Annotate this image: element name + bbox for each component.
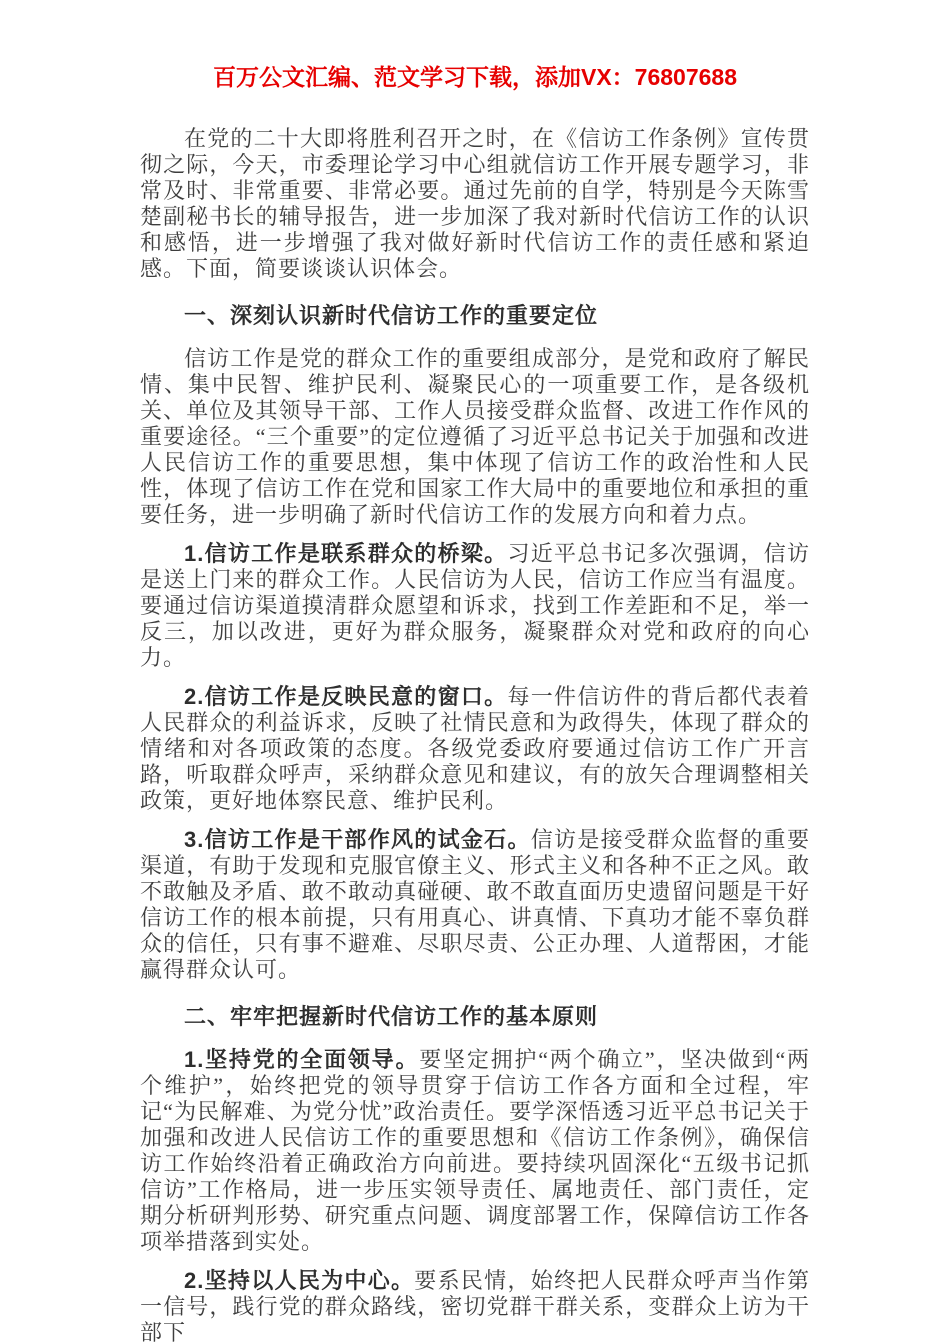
point-paragraph: 1.坚持党的全面领导。要坚定拥护“两个确立”，坚决做到“两个维护”，始终把党的领… <box>140 1047 810 1255</box>
point-text: 要坚定拥护“两个确立”，坚决做到“两个维护”，始终把党的领导贯穿于信访工作各方面… <box>140 1047 810 1254</box>
promo-header-notice: 百万公文汇编、范文学习下载，添加VX：76807688 <box>140 64 810 90</box>
section-2-heading: 二、牢牢把握新时代信访工作的基本原则 <box>140 1004 810 1030</box>
point-paragraph: 2.坚持以人民为中心。要系民情，始终把人民群众呼声当作第一信号，践行党的群众路线… <box>140 1268 810 1344</box>
point-lead: 1.坚持党的全面领导。 <box>184 1047 419 1072</box>
point-lead: 3.信访工作是干部作风的试金石。 <box>184 827 531 852</box>
point-paragraph: 3.信访工作是干部作风的试金石。信访是接受群众监督的重要渠道，有助于发现和克服官… <box>140 827 810 983</box>
intro-paragraph: 在党的二十大即将胜利召开之时，在《信访工作条例》宣传贯彻之际，今天，市委理论学习… <box>140 126 810 282</box>
document-body: 在党的二十大即将胜利召开之时，在《信访工作条例》宣传贯彻之际，今天，市委理论学习… <box>140 126 810 1344</box>
point-paragraph: 1.信访工作是联系群众的桥梁。习近平总书记多次强调，信访是送上门来的群众工作。人… <box>140 541 810 671</box>
section-1-heading: 一、深刻认识新时代信访工作的重要定位 <box>140 303 810 329</box>
section-1-lead-paragraph: 信访工作是党的群众工作的重要组成部分，是党和政府了解民情、集中民智、维护民利、凝… <box>140 346 810 528</box>
point-paragraph: 2.信访工作是反映民意的窗口。每一件信访件的背后都代表着人民群众的利益诉求，反映… <box>140 684 810 814</box>
document-page: 百万公文汇编、范文学习下载，添加VX：76807688 在党的二十大即将胜利召开… <box>0 0 950 1344</box>
point-lead: 1.信访工作是联系群众的桥梁。 <box>184 541 507 566</box>
point-lead: 2.坚持以人民为中心。 <box>184 1268 414 1293</box>
point-lead: 2.信访工作是反映民意的窗口。 <box>184 684 507 709</box>
